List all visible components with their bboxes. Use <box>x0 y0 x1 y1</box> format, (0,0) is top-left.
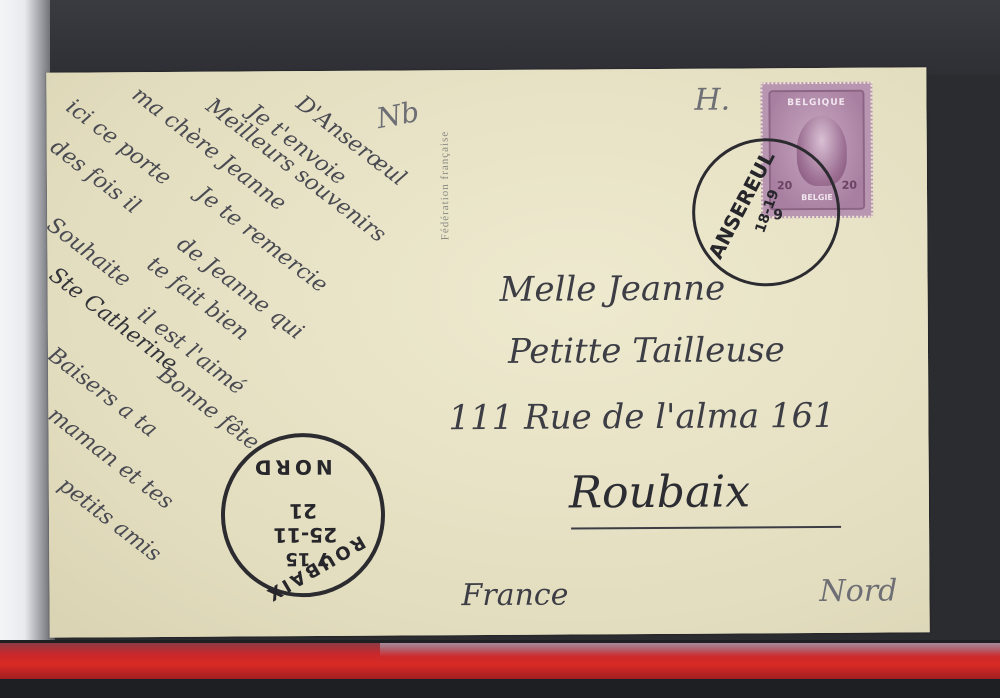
postmark-year: 21 <box>289 499 317 523</box>
address-surname-occupation: Petitte Tailleuse <box>508 330 785 372</box>
postmark-department: NORD <box>251 455 333 479</box>
postmark-date: 9 <box>773 207 783 223</box>
postmark-arrival: NORD 21 25-11 7 15 ROUBAIX <box>220 433 385 598</box>
city-underline <box>571 526 841 530</box>
postmark-date: 25-11 <box>273 523 337 547</box>
address-recipient: Melle Jeanne <box>499 269 725 310</box>
stamp-value: 20 <box>842 179 857 192</box>
postmark-inner: NORD 21 25-11 7 15 ROUBAIX <box>225 437 382 594</box>
album-strip-reflection <box>380 643 1000 657</box>
pencil-annotation: H. <box>694 83 730 118</box>
postmark-origin: ANSEREUL 18-19 9 <box>692 138 841 287</box>
address-city: Roubaix <box>569 466 751 518</box>
album-sleeve-top <box>50 0 1000 75</box>
postcard: ma chère Jeanne ici ce porte des fois il… <box>46 67 929 637</box>
address-region: Nord <box>819 574 897 609</box>
stamp-country: BELGIQUE <box>770 98 862 109</box>
address-country: France <box>461 578 568 614</box>
printed-publisher-text: Fédération française <box>439 131 452 241</box>
address-street: 111 Rue de l'alma 161 <box>448 396 835 438</box>
